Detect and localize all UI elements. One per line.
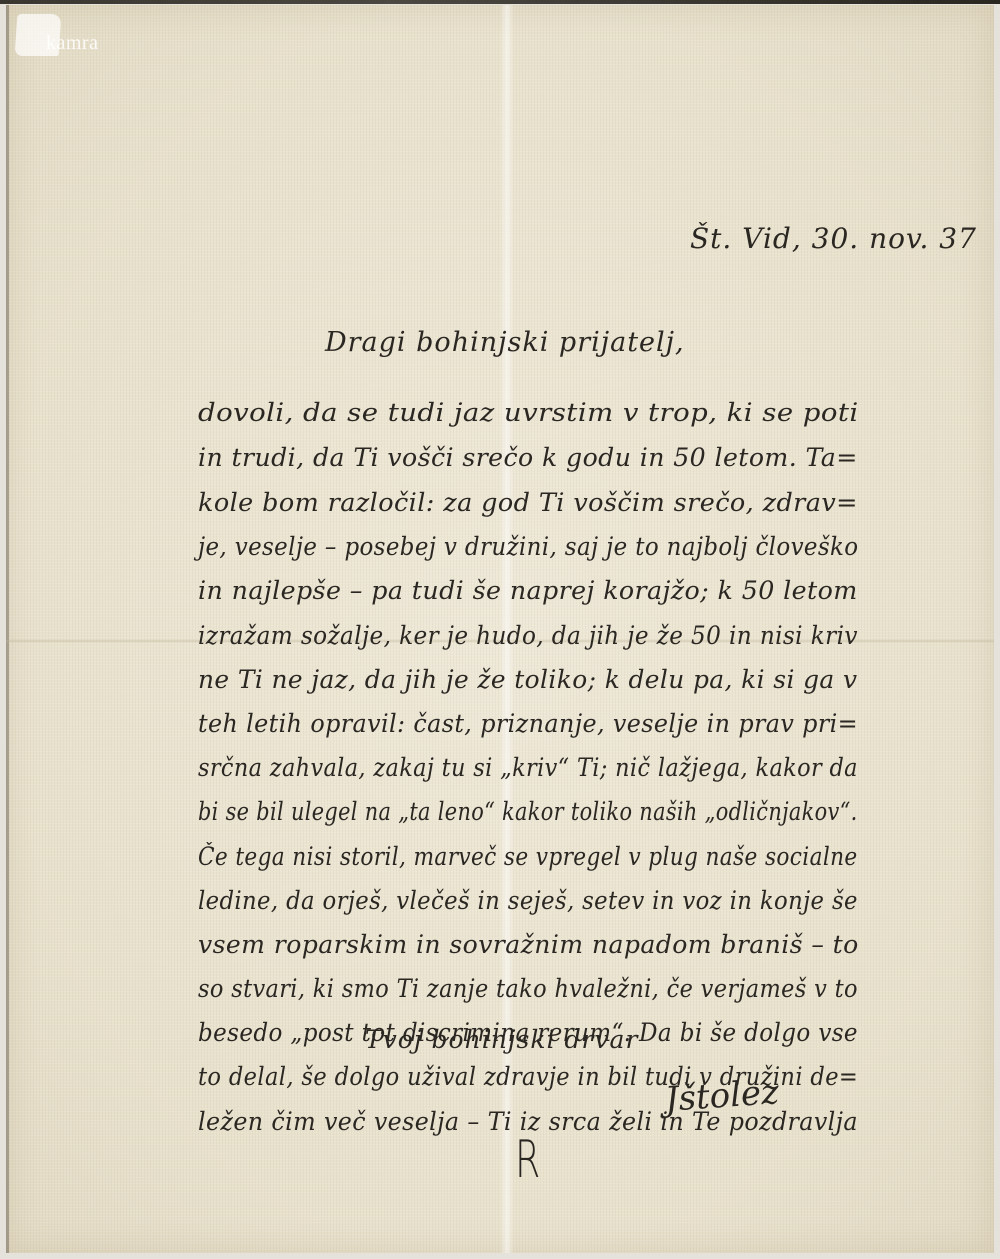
letter-line: kole bom razločil: za god Ti voščim sreč… [198,488,858,517]
paper-left-edge-shadow [6,5,9,1253]
letter-line: teh letih opravil: čast, priznanje, vese… [198,709,858,738]
letter-line: izražam sožalje, ker je hudo, da jih je … [198,621,858,650]
letter-line: in trudi, da Ti vošči srečo k godu in 50… [198,443,858,472]
letter-line: dovoli, da se tudi jaz uvrstim v trop, k… [198,398,859,427]
watermark-text: kamra [46,32,98,55]
letter-line: ledine, da orješ, vlečeš in seješ, setev… [198,886,858,915]
archive-watermark: kamra [12,8,132,56]
letter-line: in najlepše – pa tudi še naprej korajžo;… [198,576,858,605]
letter-line: je, veselje – posebej v družini, saj je … [198,532,858,561]
author-signature: Jštolez [664,1072,781,1120]
letter-line: srčna zahvala, zakaj tu si „kriv“ Ti; ni… [198,753,858,782]
document-scan: kamra Št. Vid, 30. nov. 37 Dragi bohinjs… [0,0,1000,1259]
letter-line: vsem roparskim in sovražnim napadom bran… [198,930,859,959]
letter-closing: Tvoj bohinjski drvar [365,1025,638,1054]
letter-line: bi se bil ulegel na „ta leno“ kakor toli… [198,797,858,826]
letter-line: Če tega nisi storil, marveč se vpregel v… [198,842,858,871]
letter-line: so stvari, ki smo Ti zanje tako hvaležni… [198,974,858,1003]
letter-salutation: Dragi bohinjski prijatelj, [325,327,685,358]
scan-top-edge [0,0,1000,4]
archive-mark: R [515,1130,540,1190]
letter-line: ne Ti ne jaz, da jih je že toliko; k del… [198,665,857,694]
letter-dateline: Št. Vid, 30. nov. 37 [690,222,977,255]
